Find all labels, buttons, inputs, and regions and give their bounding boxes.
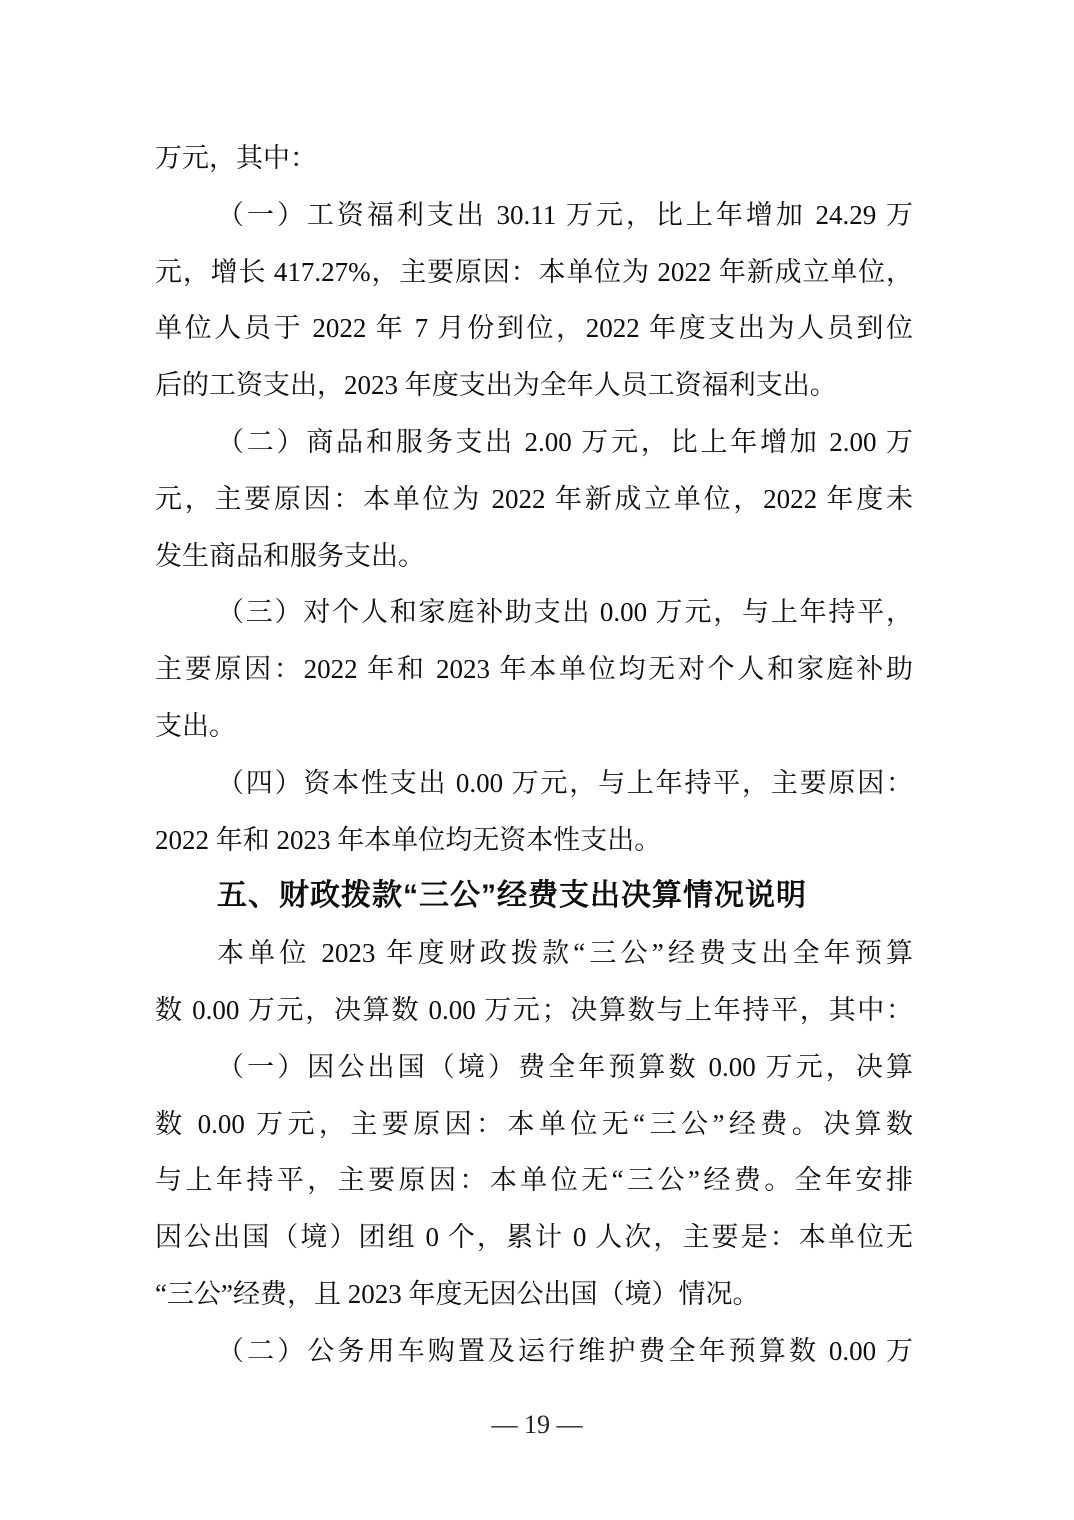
text-line: 因公出国（境）团组 0 个，累计 0 人次，主要是：本单位无	[155, 1209, 913, 1266]
text-line: 单位人员于 2022 年 7 月份到位，2022 年度支出为人员到位	[155, 300, 913, 357]
text-line: （一）因公出国（境）费全年预算数 0.00 万元，决算	[155, 1039, 913, 1096]
text-line: 数 0.00 万元，决算数 0.00 万元；决算数与上年持平，其中：	[155, 982, 913, 1039]
document-body: 万元，其中： （一）工资福利支出 30.11 万元，比上年增加 24.29 万 …	[155, 130, 913, 1380]
text-line: 主要原因：2022 年和 2023 年本单位均无对个人和家庭补助	[155, 641, 913, 698]
text-line: “三公”经费，且 2023 年度无因公出国（境）情况。	[155, 1266, 913, 1323]
text-line: 万元，其中：	[155, 130, 913, 187]
page-footer: — 19 —	[0, 1405, 1074, 1445]
page-number: — 19 —	[492, 1410, 583, 1439]
text-line: 元，增长 417.27%，主要原因：本单位为 2022 年新成立单位，	[155, 244, 913, 301]
document-page: 万元，其中： （一）工资福利支出 30.11 万元，比上年增加 24.29 万 …	[0, 0, 1074, 1520]
text-line: 与上年持平，主要原因：本单位无“三公”经费。全年安排	[155, 1152, 913, 1209]
text-line: 本单位 2023 年度财政拨款“三公”经费支出全年预算	[155, 925, 913, 982]
text-line: 支出。	[155, 698, 913, 755]
text-line: （一）工资福利支出 30.11 万元，比上年增加 24.29 万	[155, 187, 913, 244]
text-line: （三）对个人和家庭补助支出 0.00 万元，与上年持平，	[155, 584, 913, 641]
text-line: （二）公务用车购置及运行维护费全年预算数 0.00 万	[155, 1323, 913, 1380]
text-line: 后的工资支出，2023 年度支出为全年人员工资福利支出。	[155, 357, 913, 414]
text-line: 2022 年和 2023 年本单位均无资本性支出。	[155, 812, 913, 869]
text-line: 元，主要原因：本单位为 2022 年新成立单位，2022 年度未	[155, 471, 913, 528]
text-line: （四）资本性支出 0.00 万元，与上年持平，主要原因：	[155, 755, 913, 812]
section-5-heading: 五、财政拨款“三公”经费支出决算情况说明	[155, 868, 913, 925]
text-line: 数 0.00 万元，主要原因：本单位无“三公”经费。决算数	[155, 1096, 913, 1153]
text-line: 发生商品和服务支出。	[155, 528, 913, 585]
text-line: （二）商品和服务支出 2.00 万元，比上年增加 2.00 万	[155, 414, 913, 471]
